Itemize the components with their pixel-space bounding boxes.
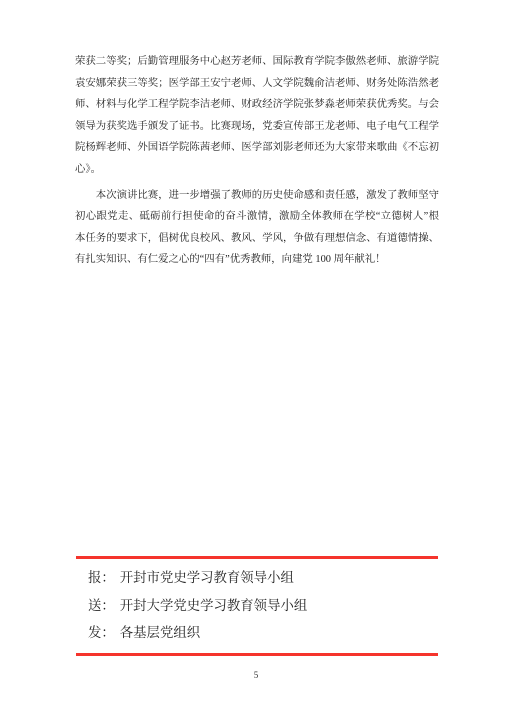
- body-line: 初心跟党走、砥砺前行担使命的奋斗激情，激励全体教师在学校“立德树人”根: [75, 206, 439, 228]
- distribution-label: 发：: [88, 625, 115, 640]
- body-line: 袁安娜荣获三等奖；医学部王安宁老师、人文学院魏俞洁老师、财务处陈浩然老: [75, 73, 439, 95]
- body-line: 师、材料与化学工程学院李洁老师、财政经济学院张梦淼老师荣获优秀奖。与会: [75, 94, 439, 116]
- distribution-value: 各基层党组织: [120, 625, 200, 640]
- body-line: 本次演讲比赛，进一步增强了教师的历史使命感和责任感，激发了教师坚守: [75, 185, 439, 207]
- paragraph-awards: 荣获二等奖；后勤管理服务中心赵芳老师、国际教育学院李傲然老师、旅游学院 袁安娜荣…: [75, 51, 439, 181]
- distribution-label: 送：: [88, 598, 115, 613]
- red-divider-top: [76, 556, 438, 559]
- body-line: 院杨辉老师、外国语学院陈茜老师、医学部刘影老师还为大家带来歌曲《不忘初: [75, 137, 439, 159]
- distribution-value: 开封大学党史学习教育领导小组: [120, 598, 307, 613]
- body-line: 本任务的要求下，倡树优良校风、教风、学风，争做有理想信念、有道德情操、: [75, 228, 439, 250]
- distribution-value: 开封市党史学习教育领导小组: [120, 570, 294, 585]
- distribution-list: 报：开封市党史学习教育领导小组 送：开封大学党史学习教育领导小组 发：各基层党组…: [88, 564, 307, 647]
- distribution-row-send: 送：开封大学党史学习教育领导小组: [88, 592, 307, 620]
- body-line: 领导为获奖选手颁发了证书。比赛现场，党委宣传部王龙老师、电子电气工程学: [75, 116, 439, 138]
- body-line: 有扎实知识、有仁爱之心的“四有”优秀教师，向建党 100 周年献礼！: [75, 249, 439, 271]
- distribution-row-report: 报：开封市党史学习教育领导小组: [88, 564, 307, 592]
- paragraph-summary: 本次演讲比赛，进一步增强了教师的历史使命感和责任感，激发了教师坚守 初心跟党走、…: [75, 185, 439, 271]
- red-divider-bottom: [76, 653, 438, 656]
- document-page: 荣获二等奖；后勤管理服务中心赵芳老师、国际教育学院李傲然老师、旅游学院 袁安娜荣…: [0, 0, 512, 721]
- distribution-row-issue: 发：各基层党组织: [88, 619, 307, 647]
- distribution-label: 报：: [88, 570, 115, 585]
- document-body: 荣获二等奖；后勤管理服务中心赵芳老师、国际教育学院李傲然老师、旅游学院 袁安娜荣…: [75, 51, 439, 271]
- body-line: 心》。: [75, 159, 439, 181]
- page-number: 5: [0, 670, 512, 680]
- body-line: 荣获二等奖；后勤管理服务中心赵芳老师、国际教育学院李傲然老师、旅游学院: [75, 51, 439, 73]
